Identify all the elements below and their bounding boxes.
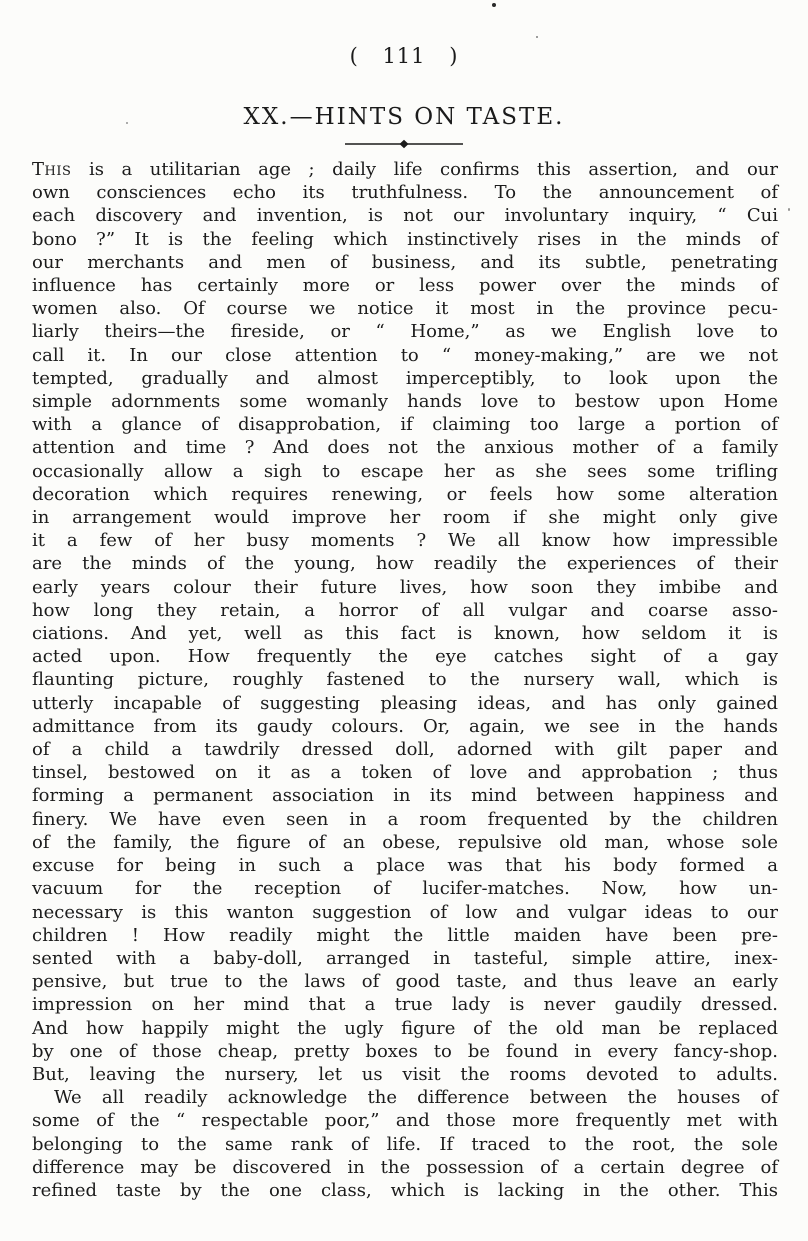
body-line: are the minds of the young, how readily … [32, 552, 778, 575]
body-line: by one of those cheap, pretty boxes to b… [32, 1040, 778, 1063]
body-line: We all readily acknowledge the differenc… [32, 1086, 778, 1109]
body-line: admittance from its gaudy colours. Or, a… [32, 715, 778, 738]
body-line: call it. In our close attention to “ mon… [32, 344, 778, 367]
body-line: finery. We have even seen in a room freq… [32, 808, 778, 831]
body-line: occasionally allow a sigh to escape her … [32, 460, 778, 483]
body-line: early years colour their future lives, h… [32, 576, 778, 599]
body-line: some of the “ respectable poor,” and tho… [32, 1109, 778, 1132]
body-line: refined taste by the one class, which is… [32, 1179, 778, 1202]
scan-speck [788, 208, 790, 211]
body-line: But, leaving the nursery, let us visit t… [32, 1063, 778, 1086]
body-line: pensive, but true to the laws of good ta… [32, 970, 778, 993]
body-line: our merchants and men of business, and i… [32, 251, 778, 274]
scan-speck [126, 122, 128, 124]
body-line: each discovery and invention, is not our… [32, 204, 778, 227]
body-line-first: This is a utilitarian age ; daily life c… [32, 158, 778, 181]
body-line: influence has certainly more or less pow… [32, 274, 778, 297]
body-text: This is a utilitarian age ; daily life c… [32, 158, 778, 1202]
body-line: decoration which requires renewing, or f… [32, 483, 778, 506]
scanned-book-page: ( 111 ) XX.—HINTS ON TASTE. This is a ut… [0, 0, 808, 1241]
diamond-rule-ornament-icon [344, 134, 464, 153]
body-line: necessary is this wanton suggestion of l… [32, 901, 778, 924]
body-line: flaunting picture, roughly fastened to t… [32, 668, 778, 691]
heading-divider [0, 139, 808, 149]
body-line: belonging to the same rank of life. If t… [32, 1133, 778, 1156]
paragraph-2: We all readily acknowledge the differenc… [32, 1086, 778, 1202]
body-line: sented with a baby-doll, arranged in tas… [32, 947, 778, 970]
body-line: simple adornments some womanly hands lov… [32, 390, 778, 413]
body-line: forming a permanent association in its m… [32, 784, 778, 807]
body-line: And how happily might the ugly figure of… [32, 1017, 778, 1040]
body-line: tinsel, bestowed on it as a token of lov… [32, 761, 778, 784]
page-number: ( 111 ) [0, 0, 808, 68]
chapter-heading: XX.—HINTS ON TASTE. [0, 104, 808, 130]
body-line-first-rest: is a utilitarian age ; daily life confir… [89, 159, 778, 180]
body-line: with a glance of disapprobation, if clai… [32, 413, 778, 436]
body-line: it a few of her busy moments ? We all kn… [32, 529, 778, 552]
paragraph-1: own consciences echo its truthfulness. T… [32, 181, 778, 1086]
body-line: impression on her mind that a true lady … [32, 993, 778, 1016]
body-line: tempted, gradually and almost impercepti… [32, 367, 778, 390]
body-line: acted upon. How frequently the eye catch… [32, 645, 778, 668]
body-line: excuse for being in such a place was tha… [32, 854, 778, 877]
lead-word-smallcaps: This [32, 159, 71, 180]
body-line: attention and time ? And does not the an… [32, 436, 778, 459]
body-line: bono ?” It is the feeling which instinct… [32, 228, 778, 251]
body-line: utterly incapable of suggesting pleasing… [32, 692, 778, 715]
scan-speck [492, 3, 496, 7]
body-line: women also. Of course we notice it most … [32, 297, 778, 320]
body-line: own consciences echo its truthfulness. T… [32, 181, 778, 204]
body-line: ciations. And yet, well as this fact is … [32, 622, 778, 645]
body-line: vacuum for the reception of lucifer-matc… [32, 877, 778, 900]
body-line: how long they retain, a horror of all vu… [32, 599, 778, 622]
body-line: in arrangement would improve her room if… [32, 506, 778, 529]
body-line: of the family, the figure of an obese, r… [32, 831, 778, 854]
body-line: difference may be discovered in the poss… [32, 1156, 778, 1179]
body-line: liarly theirs—the fireside, or “ Home,” … [32, 320, 778, 343]
body-line: of a child a tawdrily dressed doll, ador… [32, 738, 778, 761]
scan-speck [536, 36, 538, 38]
body-line: children ! How readily might the little … [32, 924, 778, 947]
